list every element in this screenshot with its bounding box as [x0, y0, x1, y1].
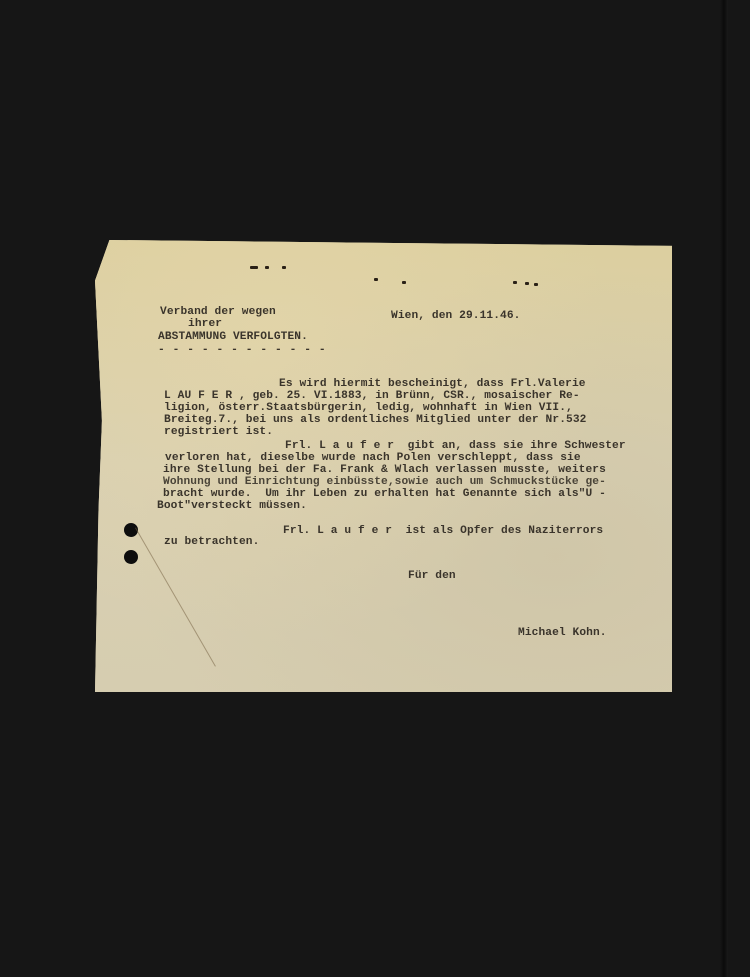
ink-speck — [513, 281, 517, 284]
body-line: Frl. L a u f e r gibt an, dass sie ihre … — [285, 441, 626, 452]
body-line: bracht wurde. Um ihr Leben zu erhalten h… — [163, 489, 606, 500]
body-line: Es wird hiermit bescheinigt, dass Frl.Va… — [279, 379, 586, 390]
org-name-underline: - - - - - - - - - - - - — [158, 345, 326, 356]
body-line: Frl. L a u f e r ist als Opfer des Nazit… — [283, 526, 603, 537]
place-date: Wien, den 29.11.46. — [391, 311, 520, 322]
org-name-line2: ihrer — [188, 319, 222, 330]
body-line: Wohnung und Einrichtung einbüsste,sowie … — [163, 477, 606, 488]
body-line: L AU F E R , geb. 25. VI.1883, in Brünn,… — [164, 391, 580, 402]
body-line: ihre Stellung bei der Fa. Frank & Wlach … — [163, 465, 606, 476]
ink-speck — [282, 266, 286, 269]
body-line: Boot"versteckt müssen. — [157, 501, 307, 512]
body-line: Breiteg.7., bei uns als ordentliches Mit… — [164, 415, 586, 426]
org-name-line1: Verband der wegen — [160, 307, 276, 318]
closing-for-line: Für den — [408, 571, 456, 582]
binding-shadow — [720, 0, 728, 977]
ink-speck — [250, 266, 258, 269]
ink-speck — [374, 278, 378, 281]
body-line: zu betrachten. — [164, 537, 259, 548]
ink-speck — [534, 283, 538, 286]
signatory-name: Michael Kohn. — [518, 628, 607, 639]
body-line: ligion, österr.Staatsbürgerin, ledig, wo… — [164, 403, 573, 414]
punch-hole — [124, 550, 138, 564]
ink-speck — [402, 281, 406, 284]
body-line: registriert ist. — [164, 427, 273, 438]
body-line: verloren hat, dieselbe wurde nach Polen … — [165, 453, 581, 464]
org-name-line3: ABSTAMMUNG VERFOLGTEN. — [158, 332, 308, 343]
ink-speck — [525, 282, 529, 285]
ink-speck — [265, 266, 269, 269]
